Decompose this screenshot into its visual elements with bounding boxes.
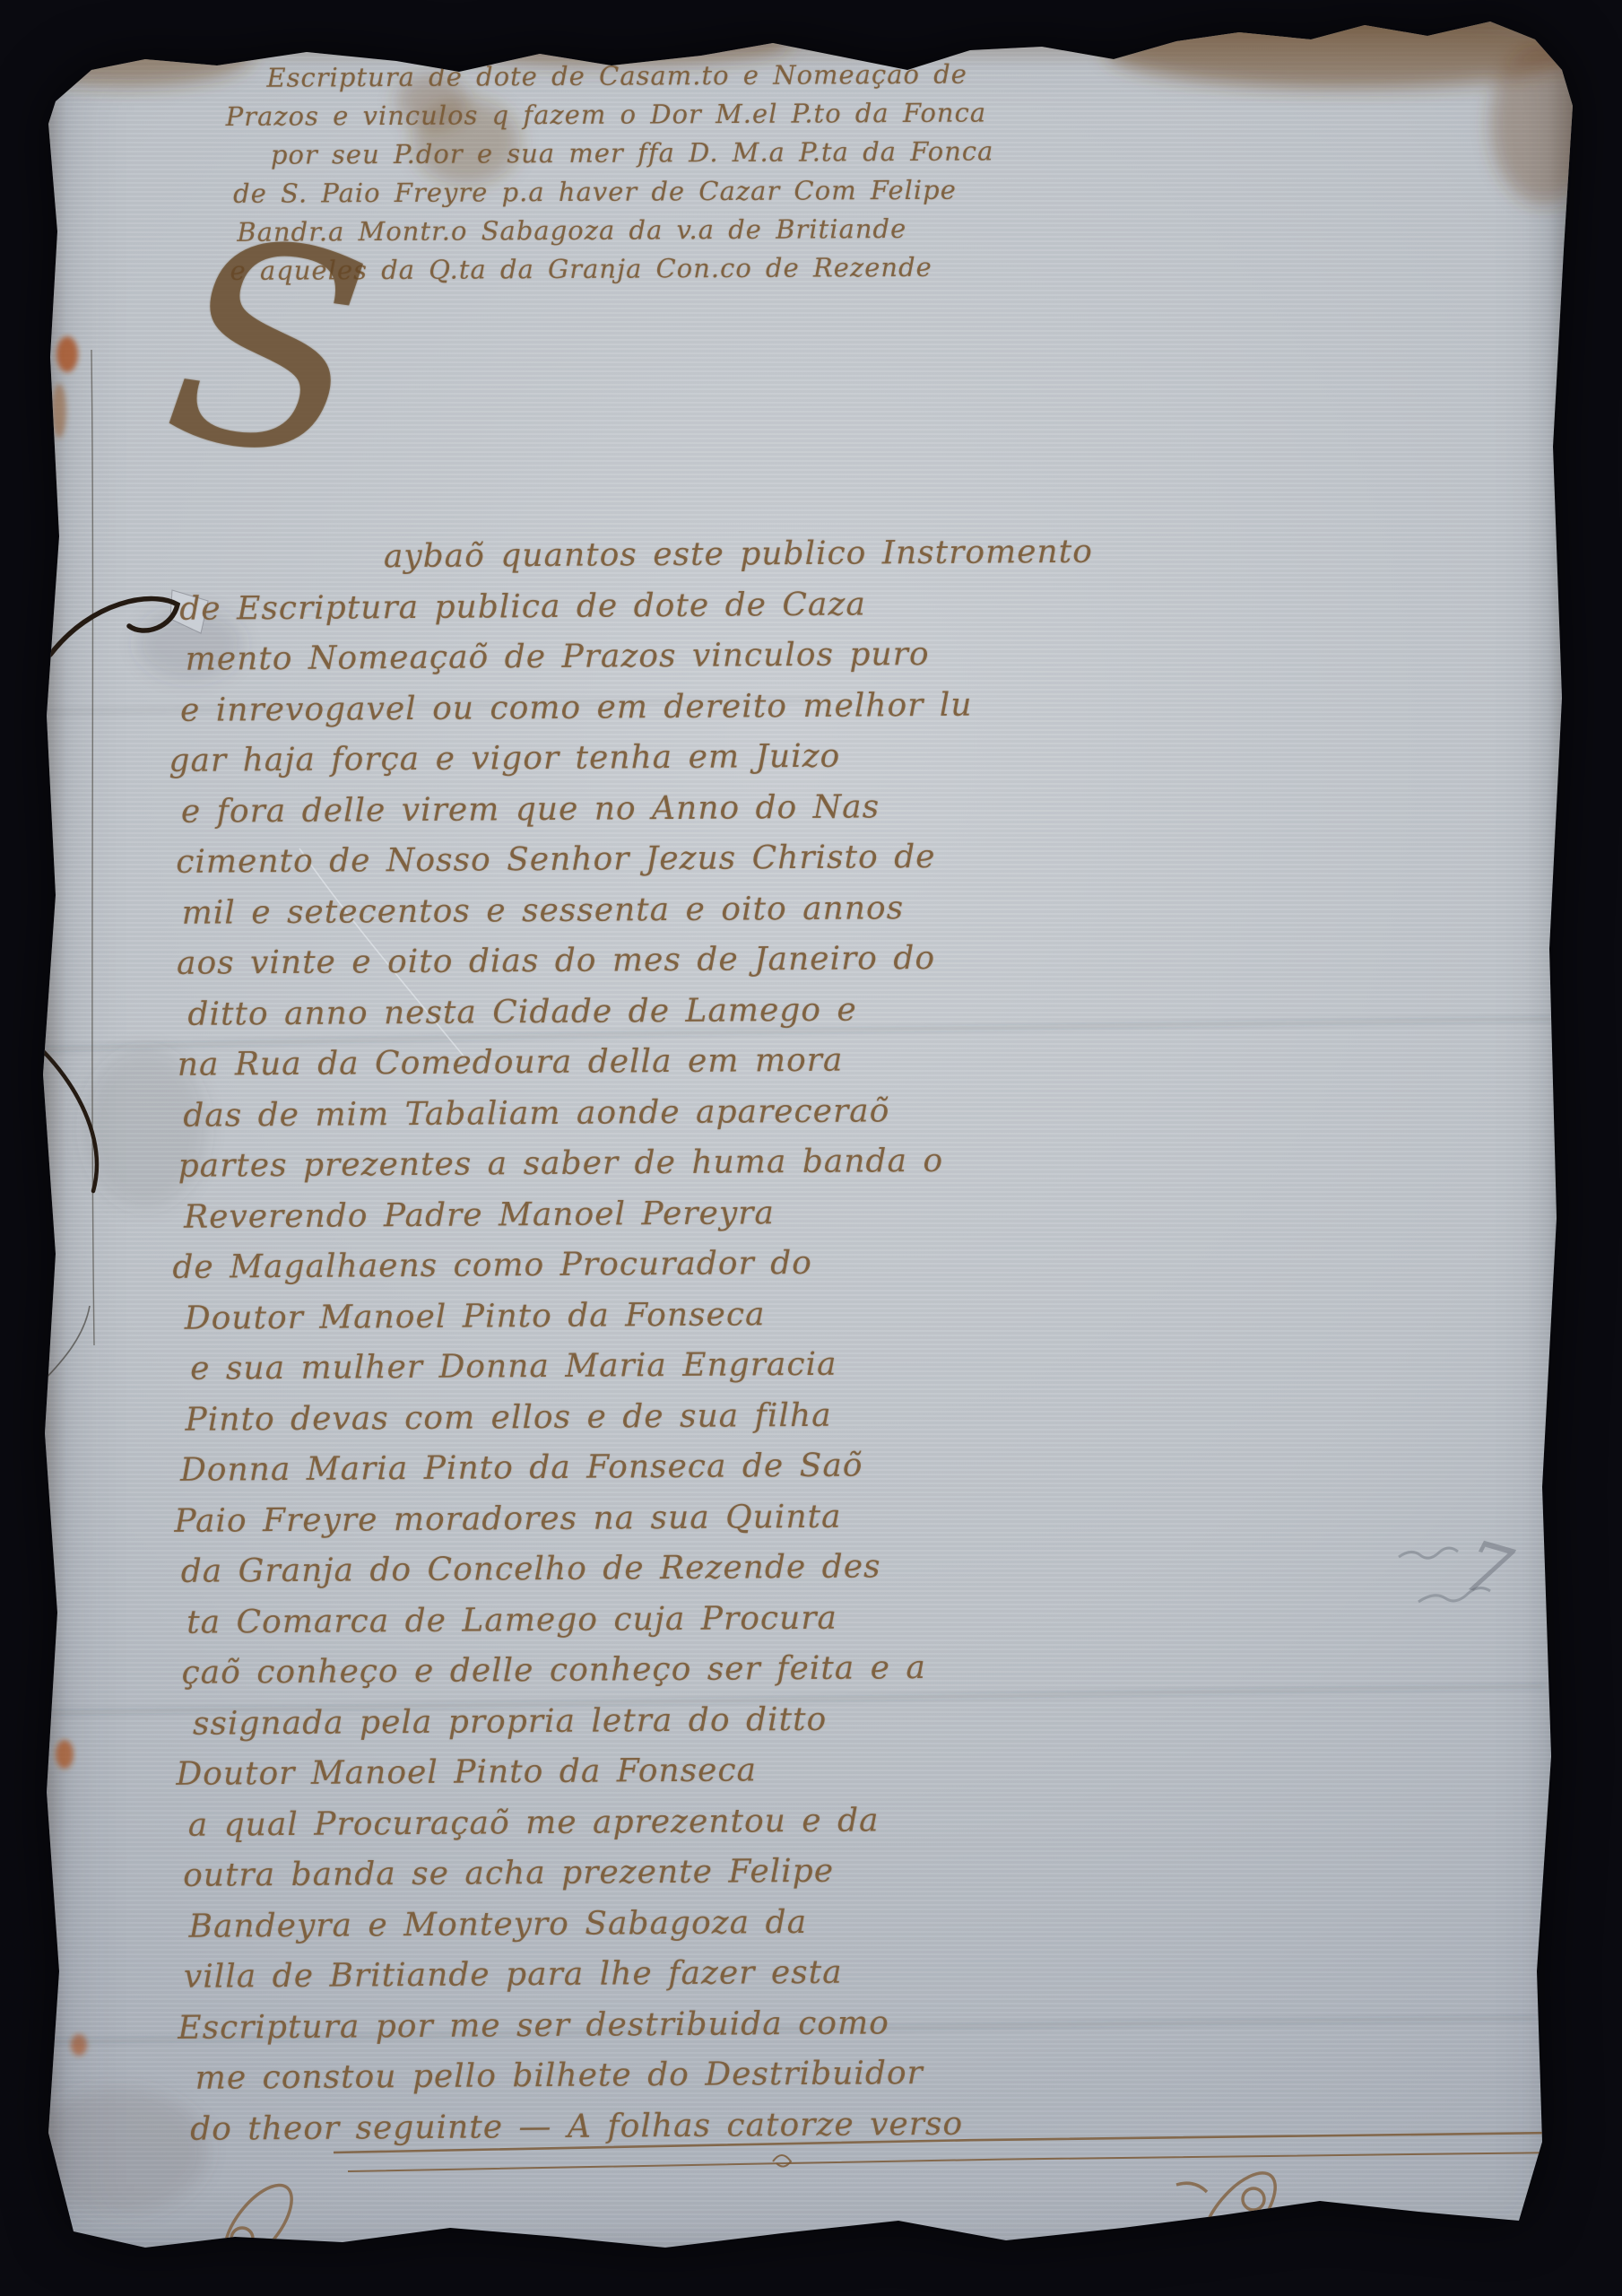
- body-line: ditto anno nesta Cidade de Lamego e: [187, 985, 914, 1040]
- body-line: Pinto devas com ellos e de sua filha: [185, 1390, 911, 1446]
- loose-fiber: [39, 1306, 90, 1385]
- body-line: mil e setecentos e sessenta e oito annos: [181, 883, 907, 939]
- photo-background: { "colors": { "background": "#0a0a10", "…: [0, 0, 1622, 2296]
- body-line: Reverendo Padre Manoel Pereyra: [184, 1187, 910, 1243]
- rust-spots: [52, 336, 87, 2056]
- body-line: das de mim Tabaliam aonde apareceraõ: [183, 1086, 909, 1142]
- body-line: partes prezentes a saber de huma banda o: [178, 1136, 904, 1192]
- body-line: mento Nomeaçaõ de Prazos vinculos puro: [185, 630, 911, 685]
- binding-thread-lower: [38, 1046, 97, 1191]
- body-line: aybaõ quantos este publico Instromento: [174, 528, 900, 584]
- body-line: e inrevogavel ou como em dereito melhor …: [180, 681, 906, 736]
- body-line: e fora delle virem que no Anno do Nas: [181, 782, 907, 838]
- catchword-flourishes: [213, 2159, 1584, 2274]
- header-line: Escriptura de dote de Casam.to e Nomeaça…: [266, 56, 889, 98]
- body-line: de Escriptura publica de dote de Caza: [179, 579, 906, 635]
- body-line: ssignada pela propria letra do ditto: [193, 1694, 919, 1750]
- body-line: na Rua da Comedoura della em mora: [178, 1035, 904, 1091]
- body-line: gar haja força e vigor tenha em Juizo: [169, 731, 895, 787]
- body-line: ta Comarca de Lamego cuja Procura: [186, 1593, 913, 1648]
- margin-fiber: [91, 350, 94, 1345]
- body-line: villa de Britiande para lhe fazer esta: [184, 1947, 910, 2003]
- binding-thread: [50, 599, 178, 655]
- body-line: Doutor Manoel Pinto da Fonseca: [176, 1744, 902, 1800]
- body-line: outra banda se acha prezente Felipe: [183, 1846, 909, 1901]
- body-line: e sua mulher Donna Maria Engracia: [190, 1339, 916, 1395]
- body-line: çaõ conheço e delle conheço ser feita e …: [181, 1643, 907, 1699]
- body-line: me constou pello bilhete do Destribuidor: [195, 2048, 922, 2104]
- manuscript-photo: Escriptura de dote de Casam.to e Nomeaça…: [38, 16, 1584, 2281]
- body-line: Bandeyra e Monteyro Sabagoza da: [188, 1897, 915, 1952]
- header-line: por seu P.dor e sua mer ffa D. M.a P.ta …: [271, 133, 889, 175]
- body-line: Paio Freyre moradores na sua Quinta: [174, 1492, 900, 1547]
- initial-s-flourish: S: [153, 200, 380, 502]
- manuscript-page: Escriptura de dote de Casam.to e Nomeaça…: [38, 16, 1584, 2281]
- body-line: Doutor Manoel Pinto da Fonseca: [185, 1289, 911, 1344]
- body-line: do theor seguinte — A folhas catorze ver…: [190, 2100, 916, 2155]
- body-line: de Magalhaens como Procurador do: [172, 1238, 898, 1293]
- header-line: Prazos e vinculos q fazem o Dor M.el P.t…: [226, 94, 889, 136]
- body-line: Donna Maria Pinto da Fonseca de Saõ: [180, 1440, 906, 1496]
- body-line: a qual Procuraçaõ me aprezentou e da: [188, 1796, 915, 1851]
- body-line: da Granja do Concelho de Rezende des: [181, 1542, 907, 1597]
- body-line: Escriptura por me ser destribuida como: [178, 1998, 904, 2054]
- pencil-annotation: 7: [1455, 1526, 1521, 1615]
- body-line: aos vinte e oito dias do mes de Janeiro …: [177, 934, 903, 989]
- body-line: cimento de Nosso Senhor Jezus Christo de: [176, 832, 902, 888]
- body-text: aybaõ quantos este publico Instromentode…: [174, 528, 912, 2155]
